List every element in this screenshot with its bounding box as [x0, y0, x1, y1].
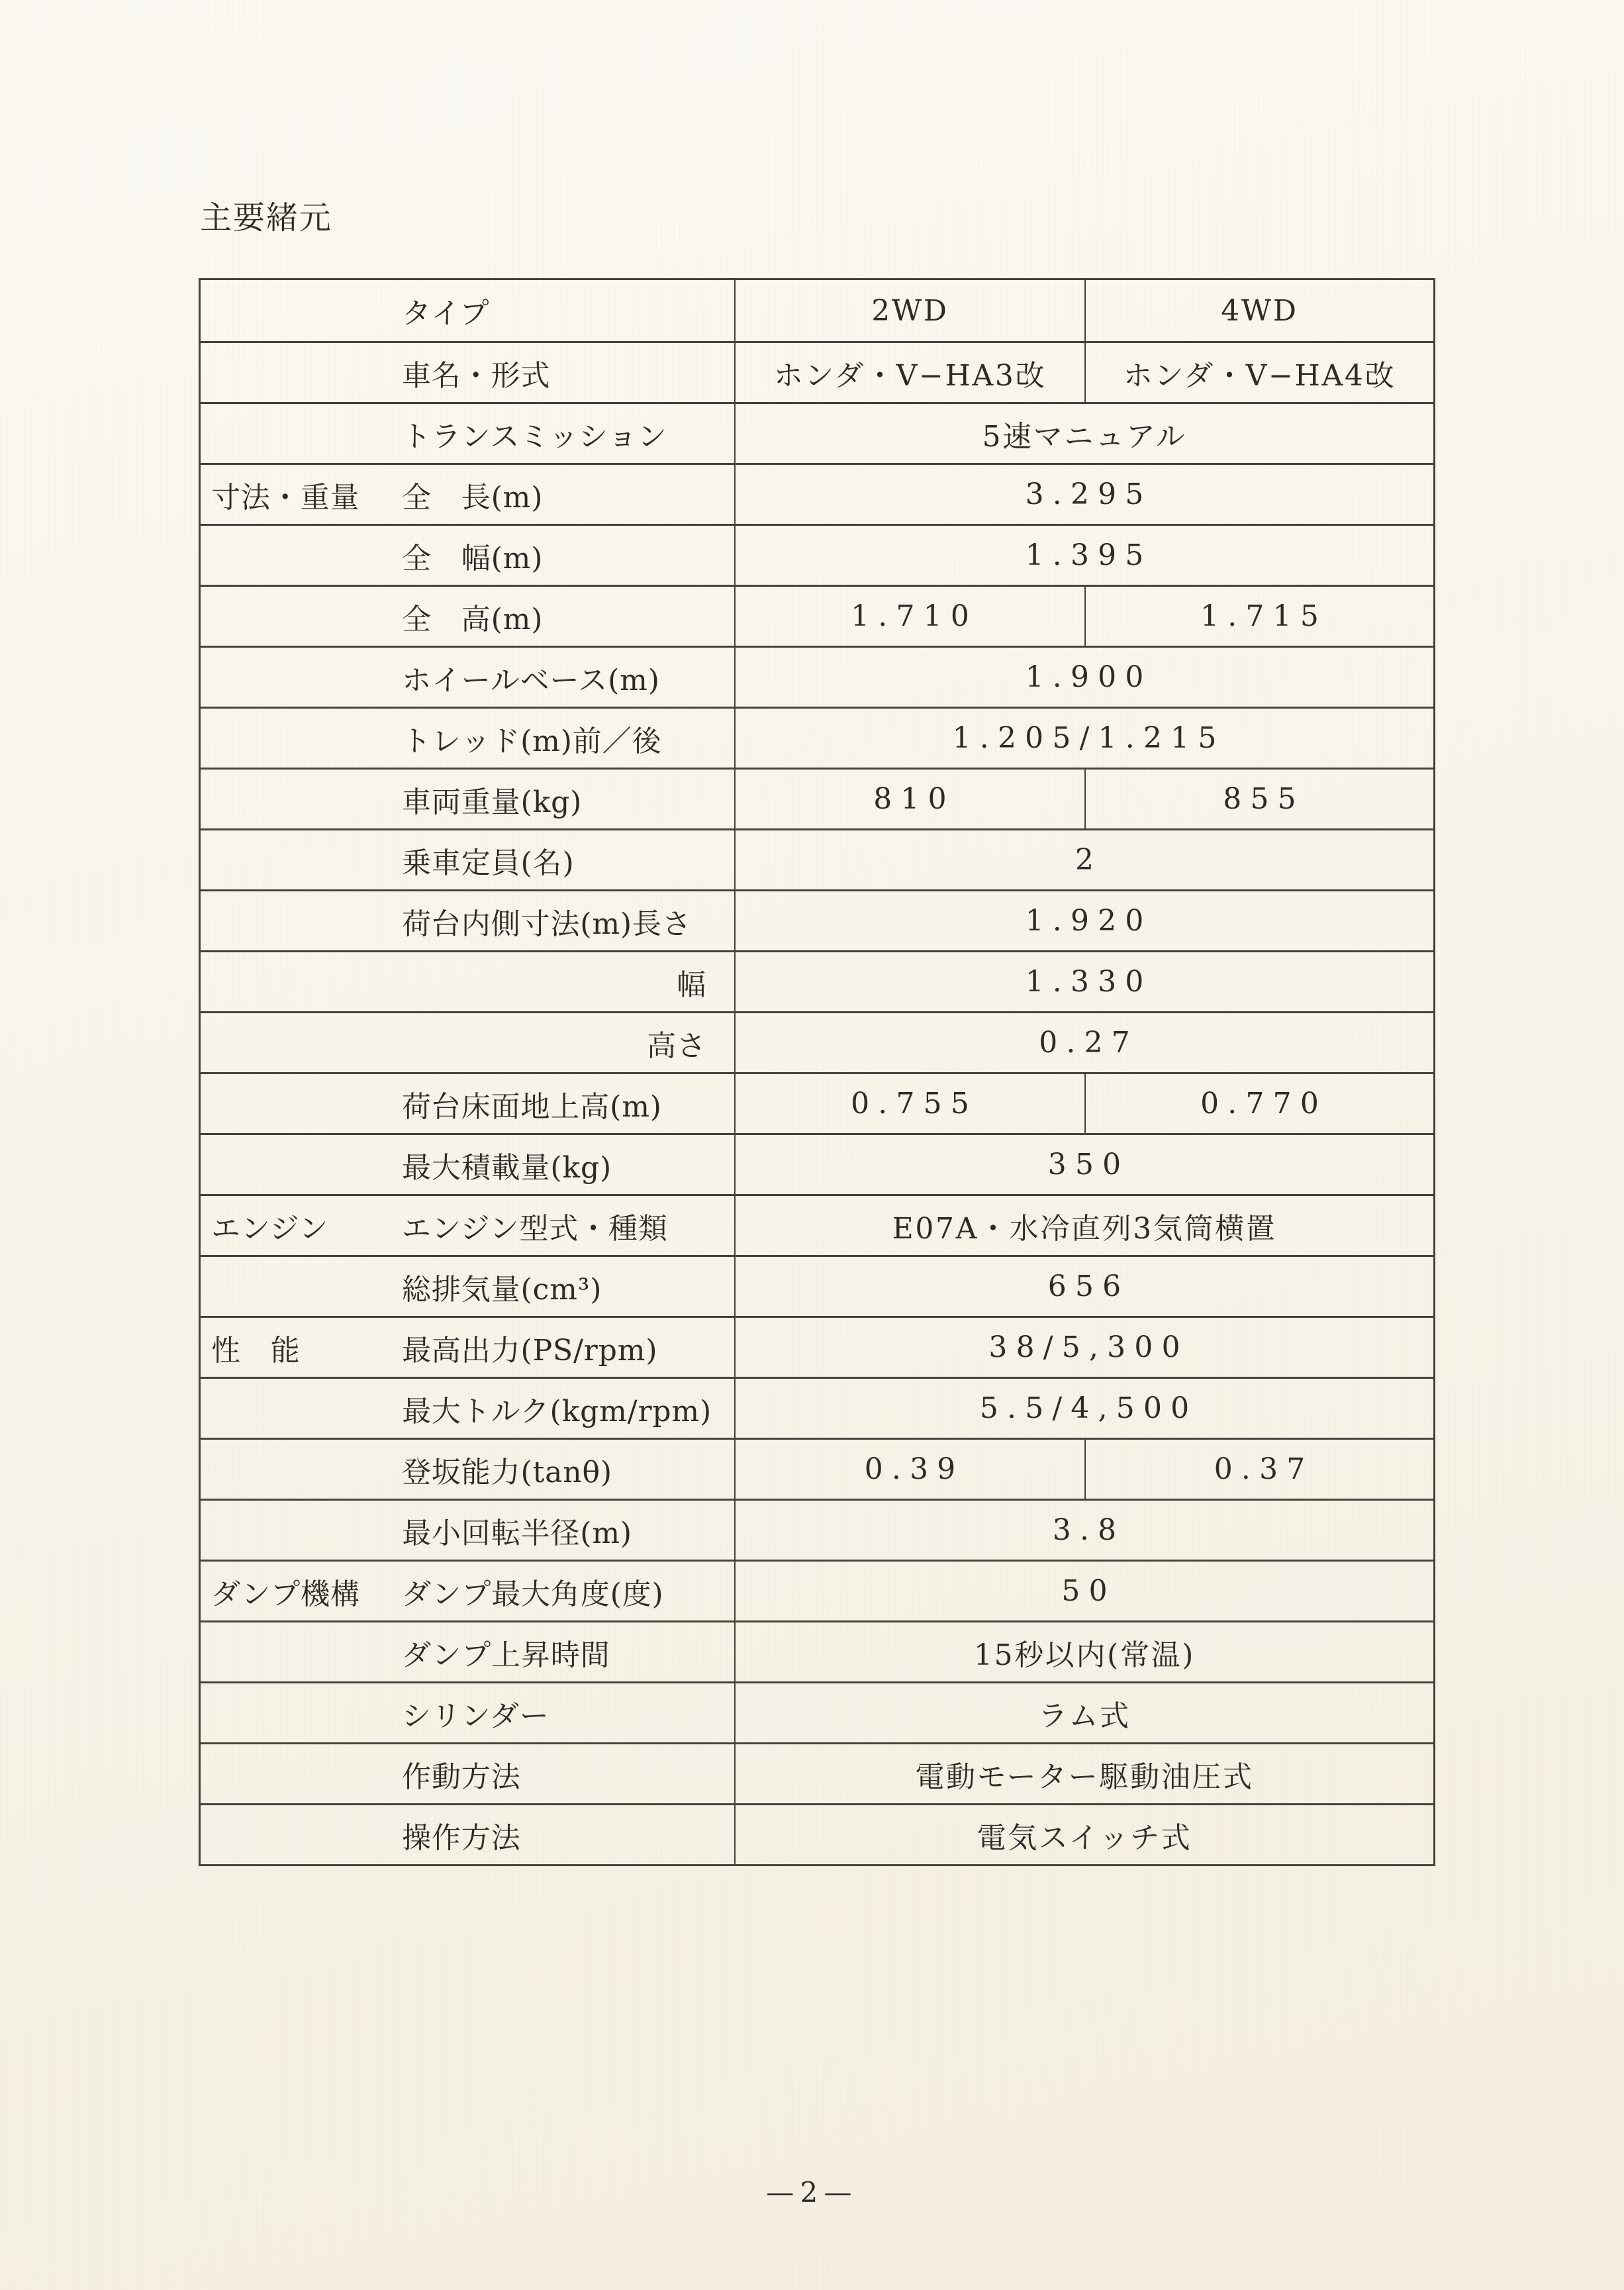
- table-row: シリンダーラム式: [201, 1681, 1433, 1742]
- table-row: 車両重量(kg)810855: [201, 768, 1433, 828]
- spec-label-cell: 乗車定員(名): [201, 830, 736, 889]
- spec-label-cell: シリンダー: [201, 1683, 736, 1742]
- table-row: 性 能最高出力(PS/rpm)38/5,300: [201, 1316, 1433, 1377]
- spec-label-cell: 車名・形式: [201, 343, 736, 402]
- spec-label-cell: トランスミッション: [201, 404, 736, 463]
- table-row: 最小回転半径(m)3.8: [201, 1499, 1433, 1560]
- spec-value-cell: 5速マニュアル: [736, 404, 1433, 463]
- spec-value-cell: 5.5/4,500: [736, 1379, 1433, 1438]
- spec-value-cells: 2WD4WD: [736, 280, 1433, 341]
- spec-label: 作動方法: [402, 1753, 521, 1795]
- spec-value: 0.755: [851, 1087, 978, 1120]
- spec-value-cell: 1.395: [736, 526, 1433, 585]
- spec-label-cell: 荷台床面地上高(m): [201, 1074, 736, 1133]
- spec-value-cells: 2: [736, 830, 1433, 889]
- spec-label: 最大積載量(kg): [402, 1144, 612, 1186]
- spec-value: 0.37: [1214, 1452, 1314, 1486]
- spec-value: 1.395: [1026, 538, 1153, 572]
- spec-value: ホンダ・V−HA3改: [774, 352, 1046, 394]
- spec-value-cells: 1.205/1.215: [736, 709, 1433, 768]
- spec-value: 2: [1075, 843, 1102, 877]
- table-row: トランスミッション5速マニュアル: [201, 402, 1433, 463]
- spec-value-cell: ホンダ・V−HA4改: [1084, 343, 1433, 402]
- table-row: 全 幅(m)1.395: [201, 524, 1433, 585]
- spec-value: ホンダ・V−HA4改: [1123, 352, 1396, 394]
- page-number: —2—: [0, 2176, 1624, 2209]
- spec-label-cell: 最大トルク(kgm/rpm): [201, 1379, 736, 1438]
- spec-value: 855: [1223, 782, 1305, 816]
- spec-value-cells: 5速マニュアル: [736, 404, 1433, 463]
- spec-label: 荷台内側寸法(m)長さ: [402, 900, 692, 942]
- spec-value-cell: E07A・水冷直列3気筒横置: [736, 1196, 1433, 1255]
- spec-value-cell: 0.39: [736, 1440, 1084, 1499]
- spec-value-cells: 350: [736, 1135, 1433, 1194]
- spec-label-cell: 車両重量(kg): [201, 770, 736, 828]
- spec-value: 3.295: [1026, 477, 1153, 511]
- spec-value: 4WD: [1221, 294, 1298, 328]
- table-row: 最大積載量(kg)350: [201, 1133, 1433, 1194]
- spec-value-cells: 15秒以内(常温): [736, 1622, 1433, 1681]
- spec-value-cell: 855: [1084, 770, 1433, 828]
- spec-value-cells: 0.390.37: [736, 1440, 1433, 1499]
- spec-value-cell: 1.205/1.215: [736, 709, 1433, 768]
- spec-value-cells: 50: [736, 1562, 1433, 1620]
- spec-value: ラム式: [1038, 1692, 1130, 1734]
- spec-value-cell: 1.710: [736, 587, 1084, 646]
- spec-value: 350: [1048, 1148, 1130, 1181]
- spec-value-cell: 0.37: [1084, 1440, 1433, 1499]
- spec-value: 1.330: [1026, 965, 1153, 999]
- spec-label-cell: ダンプ機構ダンプ最大角度(度): [201, 1562, 736, 1620]
- spec-label-cell: タイプ: [201, 280, 736, 341]
- spec-value-cells: 38/5,300: [736, 1318, 1433, 1377]
- spec-label: シリンダー: [402, 1692, 549, 1734]
- spec-value-cells: 3.8: [736, 1501, 1433, 1560]
- spec-value: 0.27: [1039, 1026, 1139, 1060]
- section-category-label: 寸法・重量: [211, 473, 359, 516]
- spec-label: 最小回転半径(m): [402, 1509, 632, 1552]
- spec-label-cell: 全 高(m): [201, 587, 736, 646]
- spec-value-cell: 1.900: [736, 648, 1433, 707]
- spec-value-cell: 810: [736, 770, 1084, 828]
- spec-value-cells: 5.5/4,500: [736, 1379, 1433, 1438]
- spec-label: 幅: [677, 961, 706, 1003]
- spec-label: エンジン型式・種類: [402, 1205, 668, 1247]
- spec-value-cells: 656: [736, 1257, 1433, 1316]
- spec-label-cell: 操作方法: [201, 1805, 736, 1864]
- spec-value: 0.770: [1200, 1087, 1327, 1120]
- spec-value-cells: 1.900: [736, 648, 1433, 707]
- spec-label-cell: 高さ: [201, 1013, 736, 1072]
- spec-value-cell: 0.27: [736, 1013, 1433, 1072]
- spec-value-cells: 電気スイッチ式: [736, 1805, 1433, 1864]
- spec-label: 全 高(m): [402, 595, 543, 638]
- spec-value: 1.715: [1200, 599, 1327, 633]
- spec-value-cell: ラム式: [736, 1683, 1433, 1742]
- spec-value: 1.920: [1026, 904, 1153, 938]
- spec-value-cells: 1.7101.715: [736, 587, 1433, 646]
- table-row: 登坂能力(tanθ)0.390.37: [201, 1438, 1433, 1499]
- spec-value: 1.710: [851, 599, 978, 633]
- spec-value-cell: 3.295: [736, 465, 1433, 524]
- spec-value-cells: 0.7550.770: [736, 1074, 1433, 1133]
- spec-value-cells: 0.27: [736, 1013, 1433, 1072]
- spec-label: 乗車定員(名): [402, 839, 575, 881]
- spec-label: 荷台床面地上高(m): [402, 1083, 662, 1125]
- table-row: 全 高(m)1.7101.715: [201, 585, 1433, 646]
- spec-value-cells: E07A・水冷直列3気筒横置: [736, 1196, 1433, 1255]
- table-row: タイプ2WD4WD: [201, 280, 1433, 341]
- table-row: ホイールベース(m)1.900: [201, 646, 1433, 707]
- spec-label: ホイールベース(m): [402, 656, 660, 699]
- spec-value: 2WD: [871, 294, 948, 328]
- spec-value-cell: 1.330: [736, 952, 1433, 1011]
- spec-value: 0.39: [865, 1452, 965, 1486]
- spec-value-cell: 1.920: [736, 891, 1433, 950]
- table-row: 車名・形式ホンダ・V−HA3改ホンダ・V−HA4改: [201, 341, 1433, 402]
- spec-value-cell: 0.770: [1084, 1074, 1433, 1133]
- spec-label-cell: 登坂能力(tanθ): [201, 1440, 736, 1499]
- spec-value-cells: 電動モーター駆動油圧式: [736, 1744, 1433, 1803]
- spec-label: トレッド(m)前／後: [402, 717, 661, 760]
- spec-value: 810: [873, 782, 955, 816]
- spec-label-cell: 寸法・重量全 長(m): [201, 465, 736, 524]
- spec-label: ダンプ最大角度(度): [402, 1570, 664, 1613]
- spec-value-cell: 電気スイッチ式: [736, 1805, 1433, 1864]
- section-category-label: ダンプ機構: [211, 1570, 360, 1613]
- spec-label-cell: 荷台内側寸法(m)長さ: [201, 891, 736, 950]
- spec-value: 38/5,300: [988, 1330, 1188, 1364]
- spec-value-cell: 350: [736, 1135, 1433, 1194]
- spec-label-cell: ダンプ上昇時間: [201, 1622, 736, 1681]
- table-row: 高さ0.27: [201, 1011, 1433, 1072]
- table-row: 最大トルク(kgm/rpm)5.5/4,500: [201, 1377, 1433, 1438]
- page-title: 主要緒元: [200, 192, 332, 238]
- spec-label-cell: 性 能最高出力(PS/rpm): [201, 1318, 736, 1377]
- spec-value: 1.900: [1026, 660, 1153, 694]
- table-row: エンジンエンジン型式・種類E07A・水冷直列3気筒横置: [201, 1194, 1433, 1255]
- spec-label-cell: 最大積載量(kg): [201, 1135, 736, 1194]
- spec-value: 15秒以内(常温): [974, 1631, 1195, 1673]
- section-category-label: エンジン: [211, 1205, 328, 1247]
- spec-value-cell: 1.715: [1084, 587, 1433, 646]
- table-row: トレッド(m)前／後1.205/1.215: [201, 707, 1433, 768]
- spec-label: 最高出力(PS/rpm): [402, 1326, 657, 1369]
- spec-value-cells: 1.395: [736, 526, 1433, 585]
- spec-value: E07A・水冷直列3気筒横置: [892, 1205, 1277, 1247]
- spec-value: 5.5/4,500: [980, 1391, 1198, 1425]
- spec-label-cell: 最小回転半径(m): [201, 1501, 736, 1560]
- spec-value: 1.205/1.215: [953, 721, 1225, 755]
- section-category-label: 性 能: [211, 1326, 301, 1369]
- spec-value-cell: 2WD: [736, 280, 1084, 341]
- spec-label: トランスミッション: [402, 413, 667, 455]
- table-row: 乗車定員(名)2: [201, 828, 1433, 889]
- spec-label-cell: ホイールベース(m): [201, 648, 736, 707]
- table-row: 作動方法電動モーター駆動油圧式: [201, 1742, 1433, 1803]
- spec-value-cells: 1.920: [736, 891, 1433, 950]
- spec-value-cell: 15秒以内(常温): [736, 1622, 1433, 1681]
- spec-label: 車両重量(kg): [402, 778, 582, 821]
- spec-label: 総排気量(cm³): [402, 1266, 602, 1308]
- spec-label-cell: 作動方法: [201, 1744, 736, 1803]
- spec-value-cells: 1.330: [736, 952, 1433, 1011]
- spec-value-cell: 3.8: [736, 1501, 1433, 1560]
- spec-value-cell: 38/5,300: [736, 1318, 1433, 1377]
- spec-value-cell: 0.755: [736, 1074, 1084, 1133]
- spec-label: 全 長(m): [402, 473, 543, 516]
- spec-label: 最大トルク(kgm/rpm): [402, 1387, 712, 1430]
- spec-label: 登坂能力(tanθ): [402, 1448, 612, 1491]
- table-row: ダンプ上昇時間15秒以内(常温): [201, 1620, 1433, 1681]
- spec-value-cells: 810855: [736, 770, 1433, 828]
- spec-label-cell: 幅: [201, 952, 736, 1011]
- spec-table: タイプ2WD4WD車名・形式ホンダ・V−HA3改ホンダ・V−HA4改トランスミッ…: [199, 278, 1435, 1866]
- table-row: ダンプ機構ダンプ最大角度(度)50: [201, 1560, 1433, 1620]
- spec-label-cell: エンジンエンジン型式・種類: [201, 1196, 736, 1255]
- spec-label-cell: トレッド(m)前／後: [201, 709, 736, 768]
- spec-value-cell: ホンダ・V−HA3改: [736, 343, 1084, 402]
- spec-value-cell: 2: [736, 830, 1433, 889]
- spec-value: 50: [1061, 1574, 1116, 1608]
- spec-value: 656: [1048, 1269, 1130, 1303]
- spec-value-cell: 4WD: [1084, 280, 1433, 341]
- spec-label: タイプ: [402, 289, 489, 332]
- spec-label: ダンプ上昇時間: [402, 1631, 610, 1673]
- spec-value: 3.8: [1053, 1513, 1125, 1547]
- spec-label: 高さ: [647, 1022, 706, 1064]
- table-row: 幅1.330: [201, 950, 1433, 1011]
- table-row: 総排気量(cm³)656: [201, 1255, 1433, 1316]
- table-row: 荷台床面地上高(m)0.7550.770: [201, 1072, 1433, 1133]
- spec-label: 操作方法: [402, 1814, 521, 1856]
- spec-value: 電気スイッチ式: [977, 1814, 1192, 1856]
- table-row: 寸法・重量全 長(m)3.295: [201, 463, 1433, 524]
- spec-label-cell: 全 幅(m): [201, 526, 736, 585]
- spec-value-cell: 50: [736, 1562, 1433, 1620]
- spec-value: 電動モーター駆動油圧式: [915, 1753, 1253, 1795]
- spec-value-cells: ホンダ・V−HA3改ホンダ・V−HA4改: [736, 343, 1433, 402]
- spec-value-cell: 電動モーター駆動油圧式: [736, 1744, 1433, 1803]
- table-row: 荷台内側寸法(m)長さ1.920: [201, 889, 1433, 950]
- spec-value-cells: 3.295: [736, 465, 1433, 524]
- spec-value-cell: 656: [736, 1257, 1433, 1316]
- spec-label: 車名・形式: [402, 352, 550, 394]
- spec-value: 5速マニュアル: [982, 413, 1187, 455]
- spec-label-cell: 総排気量(cm³): [201, 1257, 736, 1316]
- spec-value-cells: ラム式: [736, 1683, 1433, 1742]
- spec-label: 全 幅(m): [402, 534, 543, 577]
- table-row: 操作方法電気スイッチ式: [201, 1803, 1433, 1864]
